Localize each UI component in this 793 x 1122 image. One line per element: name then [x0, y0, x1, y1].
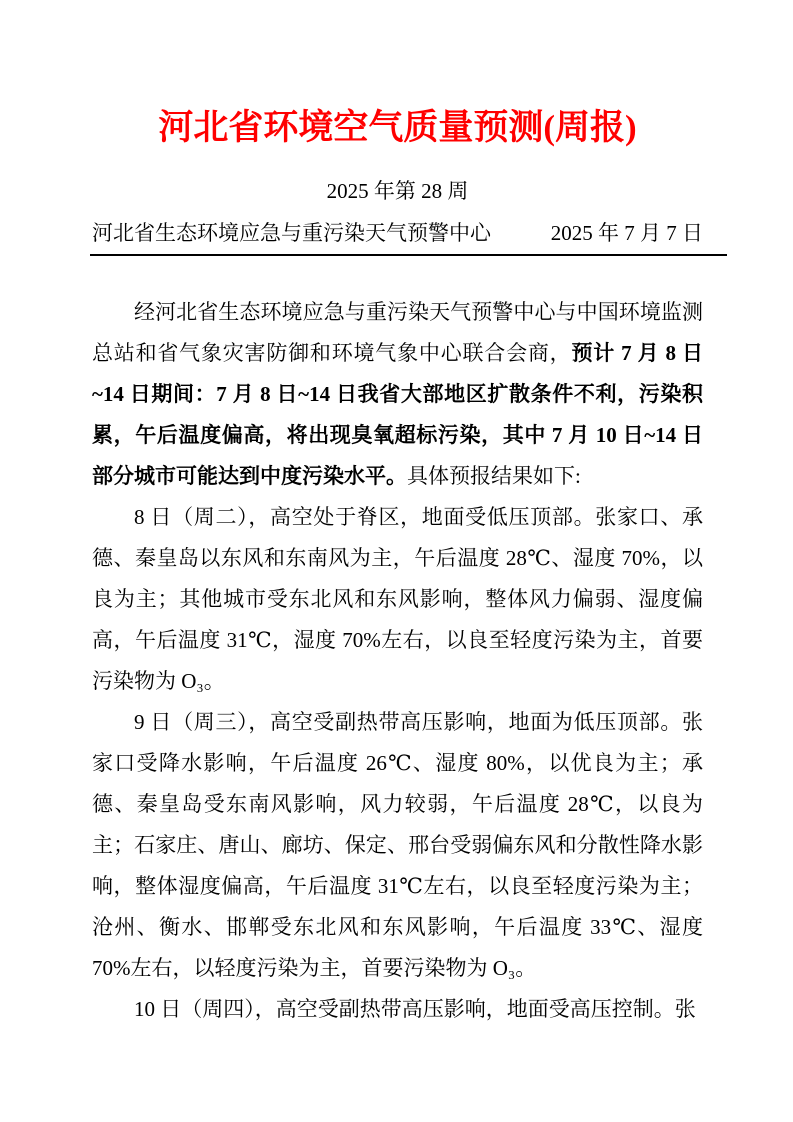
- header-divider: [90, 254, 727, 256]
- issuing-agency: 河北省生态环境应急与重污染天气预警中心: [92, 220, 491, 246]
- document-body: 经河北省生态环境应急与重污染天气预警中心与中国环境监测总站和省气象灾害防御和环境…: [92, 292, 703, 1030]
- week-subtitle: 2025 年第 28 周: [92, 178, 703, 204]
- forecast-day10-paragraph: 10 日（周四），高空受副热带高压影响，地面受高压控制。张: [92, 989, 703, 1030]
- forecast-day8-paragraph: 8 日（周二），高空处于脊区，地面受低压顶部。张家口、承德、秦皇岛以东风和东南风…: [92, 497, 703, 702]
- summary-outro-text: 具体预报结果如下:: [407, 464, 581, 488]
- byline: 河北省生态环境应急与重污染天气预警中心 2025 年 7 月 7 日: [92, 220, 703, 246]
- issue-date: 2025 年 7 月 7 日: [551, 220, 703, 246]
- document-title: 河北省环境空气质量预测(周报): [92, 102, 703, 154]
- forecast-summary-paragraph: 经河北省生态环境应急与重污染天气预警中心与中国环境监测总站和省气象灾害防御和环境…: [92, 292, 703, 497]
- document-page: 河北省环境空气质量预测(周报) 2025 年第 28 周 河北省生态环境应急与重…: [0, 0, 793, 1122]
- forecast-day9-paragraph: 9 日（周三），高空受副热带高压影响，地面为低压顶部。张家口受降水影响，午后温度…: [92, 702, 703, 989]
